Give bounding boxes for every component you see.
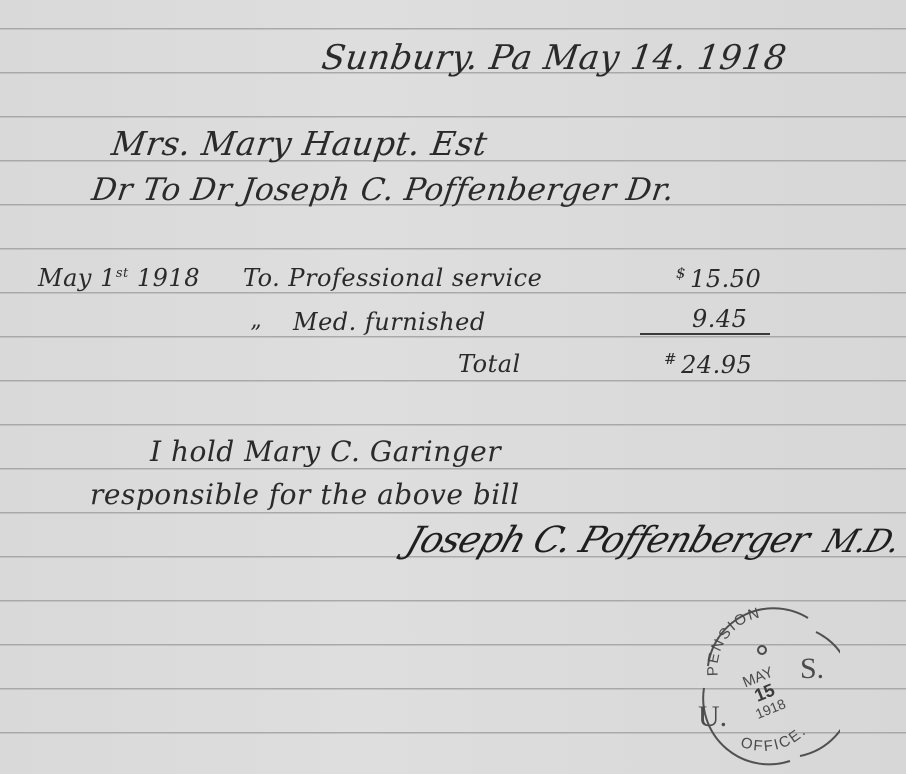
bill-page: Sunbury. Pa May 14. 1918 Mrs. Mary Haupt… — [0, 0, 906, 774]
signature-name: Joseph C. Poffenberger — [401, 520, 814, 561]
total-value: 24.95 — [681, 351, 752, 379]
amount-value: 15.50 — [690, 265, 761, 293]
ledger-entry-date: May 1st 1918 — [38, 264, 200, 292]
entry-date-suffix: st — [116, 266, 129, 281]
ditto-mark: ” — [250, 322, 262, 347]
stamp-top-text: PENSION — [704, 606, 763, 676]
place-and-date: Sunbury. Pa May 14. 1918 — [319, 38, 789, 78]
total-label: Total — [458, 350, 521, 378]
stamp-circle-icon: PENSION OFFICE. U. S. MAY 15 1918 — [690, 606, 840, 766]
amount-professional-service: $15.50 — [676, 264, 761, 293]
total-mark: # — [664, 350, 677, 368]
svg-text:PENSION: PENSION — [704, 606, 763, 676]
note-line-1: I hold Mary C. Garinger — [150, 435, 501, 468]
stamp-bottom-text: OFFICE. — [739, 722, 811, 755]
stamp-left-letter: U. — [698, 700, 727, 733]
sum-underline — [640, 333, 770, 335]
entry-date-month-day: May 1 — [38, 264, 116, 292]
entry-date-year: 1918 — [129, 264, 200, 292]
pension-office-stamp: PENSION OFFICE. U. S. MAY 15 1918 — [690, 606, 840, 766]
dollar-mark: $ — [676, 264, 686, 282]
signature: Joseph C. PoffenbergerM.D. — [401, 520, 905, 561]
svg-text:OFFICE.: OFFICE. — [739, 722, 811, 755]
debtor-line: Dr To Dr Joseph C. Poffenberger Dr. — [89, 172, 676, 208]
stamp-ornament-icon — [758, 646, 766, 654]
addressee: Mrs. Mary Haupt. Est — [109, 124, 490, 163]
amount-total: #24.95 — [664, 350, 752, 379]
note-line-2: responsible for the above bill — [90, 478, 520, 511]
ledger-item-professional-service: To. Professional service — [243, 264, 542, 292]
ledger-item-medicine: Med. furnished — [293, 308, 486, 336]
amount-medicine: 9.45 — [692, 305, 747, 333]
stamp-right-letter: S. — [800, 652, 824, 685]
signature-suffix: M.D. — [819, 522, 905, 560]
